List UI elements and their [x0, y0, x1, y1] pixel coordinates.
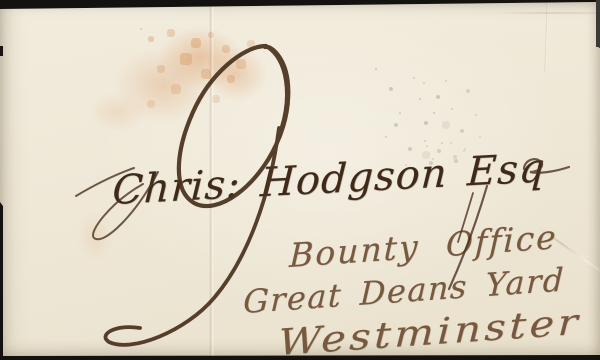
- right-edge-gap: [596, 0, 600, 47]
- faint-postmark-smudge-lower: [424, 140, 426, 142]
- rate-2-loop-shade: [266, 47, 286, 130]
- top-right-crease: [492, 12, 600, 14]
- address-line-addressee: Chris: Hodgson Esq: [111, 145, 546, 214]
- faint-postmark-smudge: [375, 68, 377, 70]
- letter-cover-paper: Chris: Hodgson Esq Bounty Office Great D…: [0, 0, 600, 360]
- foxing-stain-speckles: [140, 28, 142, 30]
- right-fold-crease: [544, 2, 549, 72]
- left-edge-nick: [0, 46, 3, 56]
- letter-cover-photo: Chris: Hodgson Esq Bounty Office Great D…: [0, 0, 600, 360]
